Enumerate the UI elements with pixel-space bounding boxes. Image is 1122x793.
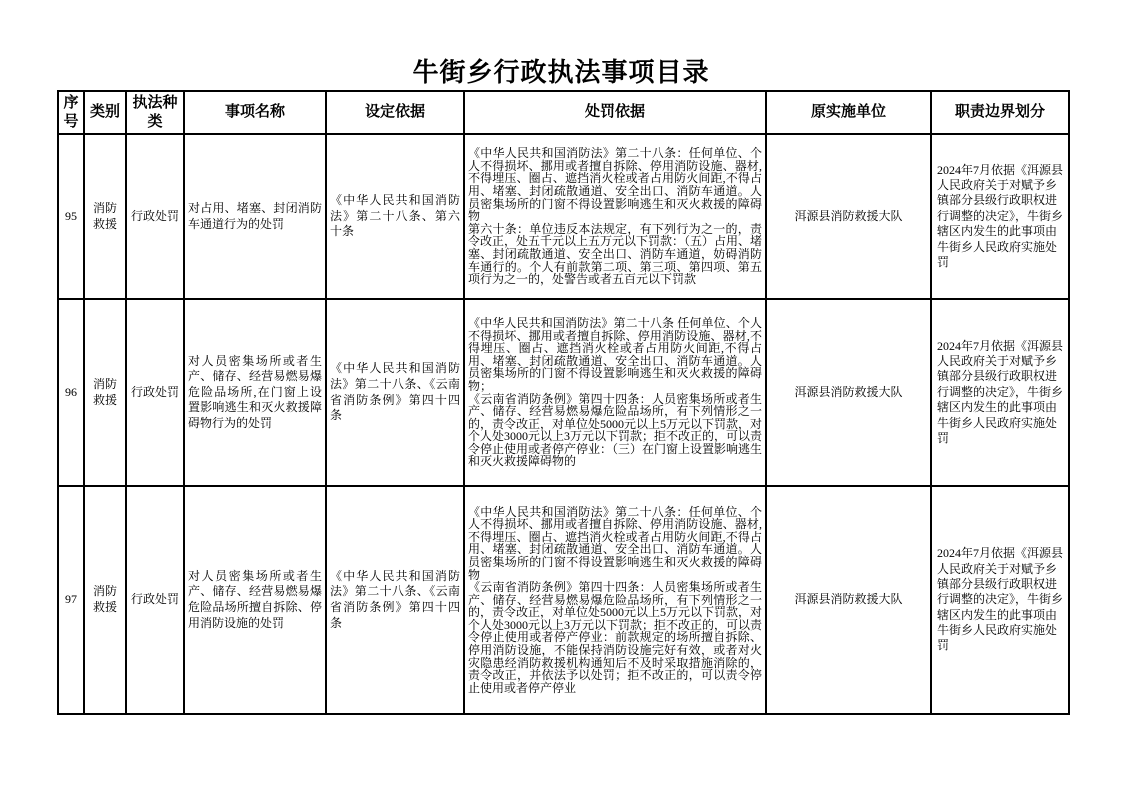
cell-boundary: 2024年7月依据《洱源县人民政府关于对赋予乡镇部分县级行政职权进行调整的决定》…	[931, 486, 1069, 714]
cell-category: 消防救援	[84, 486, 126, 714]
cell-boundary: 2024年7月依据《洱源县人民政府关于对赋予乡镇部分县级行政职权进行调整的决定》…	[931, 299, 1069, 486]
table-row-96: 96 消防救援 行政处罚 对人员密集场所或者生产、储存、经营易燃易爆危险品场所,…	[58, 299, 1069, 486]
cell-category: 消防救援	[84, 299, 126, 486]
cell-enforcement-type: 行政处罚	[126, 134, 184, 299]
cell-item-name: 对人员密集场所或者生产、储存、经营易燃易爆危险品场所擅自拆除、停用消防设施的处罚	[184, 486, 326, 714]
cell-punishment-basis: 《中华人民共和国消防法》第二十八条：任何单位、个人不得损坏、挪用或者擅自拆除、停…	[464, 134, 766, 299]
cell-enforcement-type: 行政处罚	[126, 299, 184, 486]
header-original-unit: 原实施单位	[766, 91, 931, 134]
header-category: 类别	[84, 91, 126, 134]
cell-category: 消防救援	[84, 134, 126, 299]
cell-original-unit: 洱源县消防救援大队	[766, 134, 931, 299]
header-serial: 序号	[58, 91, 84, 134]
page-title: 牛街乡行政执法事项目录	[0, 52, 1122, 89]
header-item-name: 事项名称	[184, 91, 326, 134]
cell-item-name: 对人员密集场所或者生产、储存、经营易燃易爆危险品场所,在门窗上设置影响逃生和灭火…	[184, 299, 326, 486]
cell-setting-basis: 《中华人民共和国消防法》第二十八条、《云南省消防条例》第四十四条	[326, 299, 464, 486]
cell-punishment-basis: 《中华人民共和国消防法》第二十八条 任何单位、个人不得损坏、挪用或者擅自拆除、停…	[464, 299, 766, 486]
header-punishment-basis: 处罚依据	[464, 91, 766, 134]
cell-serial: 96	[58, 299, 84, 486]
cell-punishment-basis: 《中华人民共和国消防法》第二十八条：任何单位、个人不得损坏、挪用或者擅自拆除、停…	[464, 486, 766, 714]
document-page: { "page": { "title": "牛街乡行政执法事项目录" }, "c…	[0, 0, 1122, 793]
header-enforcement-type: 执法种类	[126, 91, 184, 134]
enforcement-items-table: 序号 类别 执法种类 事项名称 设定依据 处罚依据 原实施单位 职责边界划分 9…	[57, 90, 1070, 715]
table-row-95: 95 消防救援 行政处罚 对占用、堵塞、封闭消防车通道行为的处罚 《中华人民共和…	[58, 134, 1069, 299]
cell-setting-basis: 《中华人民共和国消防法》第二十八条、《云南省消防条例》第四十四条	[326, 486, 464, 714]
cell-serial: 97	[58, 486, 84, 714]
cell-setting-basis: 《中华人民共和国消防法》第二十八条、第六十条	[326, 134, 464, 299]
cell-boundary: 2024年7月依据《洱源县人民政府关于对赋予乡镇部分县级行政职权进行调整的决定》…	[931, 134, 1069, 299]
header-boundary: 职责边界划分	[931, 91, 1069, 134]
cell-enforcement-type: 行政处罚	[126, 486, 184, 714]
cell-item-name: 对占用、堵塞、封闭消防车通道行为的处罚	[184, 134, 326, 299]
cell-original-unit: 洱源县消防救援大队	[766, 486, 931, 714]
cell-serial: 95	[58, 134, 84, 299]
table-row-97: 97 消防救援 行政处罚 对人员密集场所或者生产、储存、经营易燃易爆危险品场所擅…	[58, 486, 1069, 714]
header-setting-basis: 设定依据	[326, 91, 464, 134]
cell-original-unit: 洱源县消防救援大队	[766, 299, 931, 486]
table-header-row: 序号 类别 执法种类 事项名称 设定依据 处罚依据 原实施单位 职责边界划分	[58, 91, 1069, 134]
